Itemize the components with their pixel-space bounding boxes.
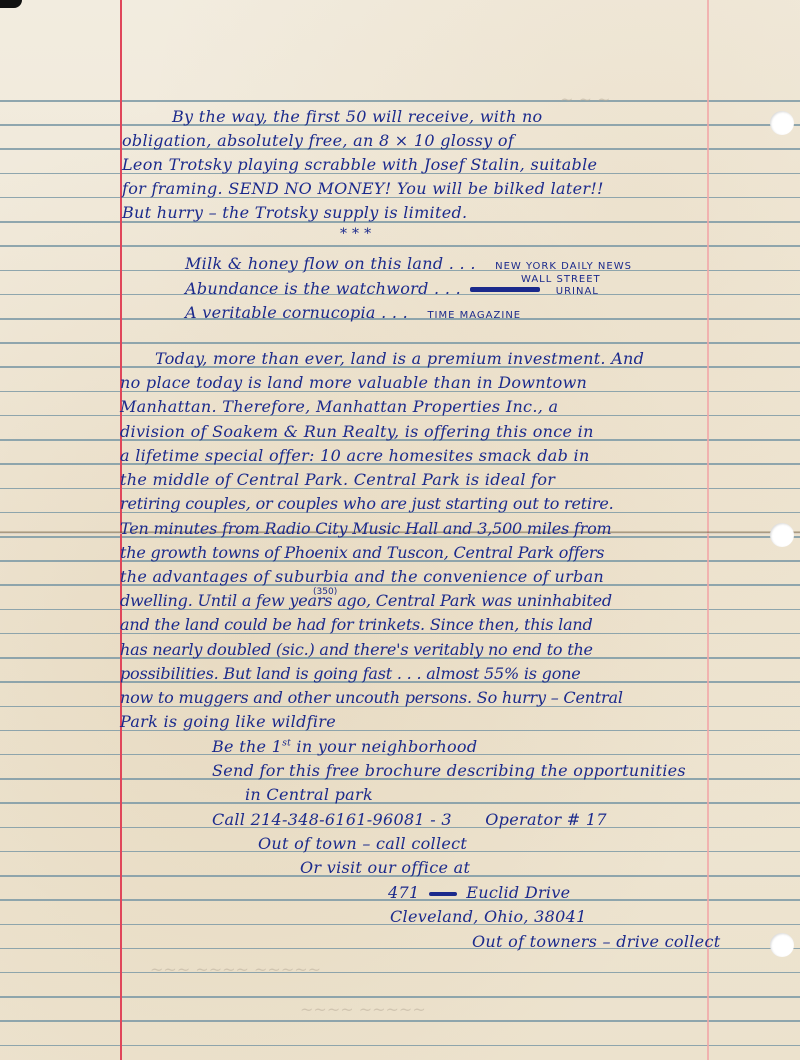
paragraph-line: now to muggers and other uncouth persons… — [120, 686, 623, 710]
paragraph-line: a lifetime special offer: 10 acre homesi… — [120, 444, 590, 468]
right-margin-line — [707, 0, 709, 1060]
quote-source: NEW YORK DAILY NEWS — [495, 261, 632, 272]
intro-line: Leon Trotsky playing scrabble with Josef… — [122, 153, 597, 177]
paragraph-line: the growth towns of Phoenix and Tuscon, … — [120, 541, 604, 565]
scribbled-out-word — [429, 892, 457, 896]
quote-text: Milk & honey flow on this land . . . — [185, 254, 476, 273]
paragraph-line: division of Soakem & Run Realty, is offe… — [120, 420, 594, 444]
bleed-through-marks: ~~~ ~~~~ ~~~~~ — [150, 960, 321, 979]
inserted-source-annotation: WALL STREET — [521, 274, 601, 285]
intro-line: But hurry – the Trotsky supply is limite… — [122, 201, 467, 225]
paragraph-line: the middle of Central Park. Central Park… — [120, 468, 555, 492]
operator-number: Operator # 17 — [485, 810, 607, 829]
quote-source: TIME MAGAZINE — [427, 310, 521, 321]
phone-number: Call 214-348-6161-96081 - 3 — [212, 810, 452, 829]
city-line: Cleveland, Ohio, 38041 — [390, 905, 587, 929]
inserted-annotation: (350) — [313, 587, 337, 597]
bleed-through-marks: ~~~~ ~~~~~ — [300, 1000, 426, 1019]
intro-line: obligation, absolutely free, an 8 × 10 g… — [122, 129, 514, 153]
quote-line: A veritable cornucopia . . . TIME MAGAZI… — [185, 301, 521, 328]
punch-hole — [770, 523, 794, 547]
intro-line: for framing. SEND NO MONEY! You will be … — [122, 177, 604, 201]
scribbled-out-word — [470, 287, 540, 292]
paragraph-line: the advantages of suburbia and the conve… — [120, 565, 604, 589]
paragraph-line: Park is going like wildfire — [120, 710, 336, 734]
paragraph-line: dwelling. Until a few years ago, Central… — [120, 589, 612, 613]
bleed-through-marks: ~ ~ ~ — [560, 90, 610, 109]
quote-source: URINAL — [556, 286, 599, 297]
address-line: 471 Euclid Drive — [388, 881, 570, 905]
phone-line: Call 214-348-6161-96081 - 3 Operator # 1… — [212, 808, 607, 832]
paragraph-line: Ten minutes from Radio City Music Hall a… — [120, 517, 611, 541]
quote-text: A veritable cornucopia . . . — [185, 303, 408, 322]
punch-hole — [770, 933, 794, 957]
paragraph-line: retiring couples, or couples who are jus… — [120, 492, 614, 516]
paragraph-line: no place today is land more valuable tha… — [120, 371, 587, 395]
punch-hole — [770, 111, 794, 135]
address-street: Euclid Drive — [466, 883, 570, 902]
paragraph-line: Manhattan. Therefore, Manhattan Properti… — [120, 395, 558, 419]
paragraph-line: and the land could be had for trinkets. … — [120, 613, 593, 637]
paragraph-line: Today, more than ever, land is a premium… — [155, 347, 644, 371]
notebook-page: ~ ~ ~ By the way, the first 50 will rece… — [0, 0, 800, 1060]
section-separator: * * * — [340, 222, 371, 246]
paragraph-line: possibilities. But land is going fast . … — [120, 662, 581, 686]
paragraph-line: has nearly doubled (sic.) and there's ve… — [120, 638, 593, 662]
visit-line: Or visit our office at — [300, 856, 470, 880]
ordinal-suffix: st — [282, 739, 291, 749]
out-of-town-line: Out of town – call collect — [258, 832, 467, 856]
address-number: 471 — [388, 883, 419, 902]
be-first-text-end: in your neighborhood — [291, 737, 477, 756]
quote-text: Abundance is the watchword . . . — [185, 279, 461, 298]
be-first-line: Be the 1st in your neighborhood — [212, 735, 477, 759]
brochure-line: in Central park — [245, 783, 373, 807]
brochure-line: Send for this free brochure describing t… — [212, 759, 686, 783]
closing-line: Out of towners – drive collect — [472, 930, 720, 954]
be-first-text: Be the 1 — [212, 737, 282, 756]
intro-line: By the way, the first 50 will receive, w… — [172, 105, 543, 129]
